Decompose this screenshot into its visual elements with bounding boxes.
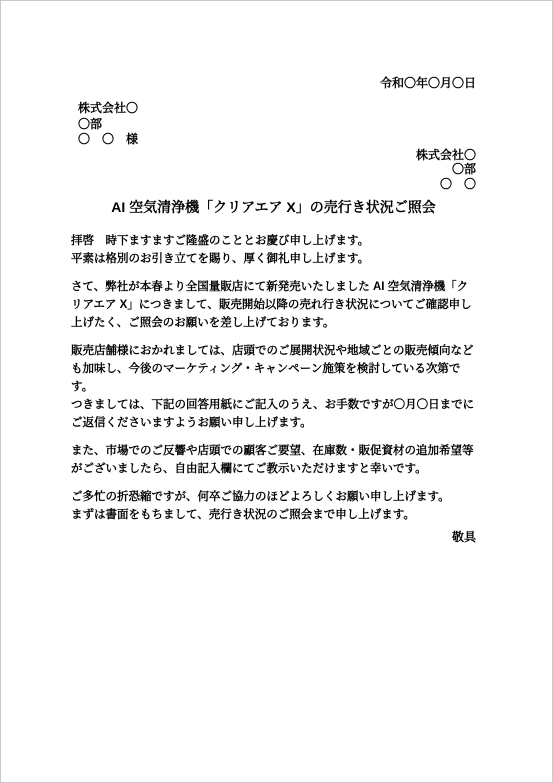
letter-page: 令和〇年〇月〇日 株式会社〇 〇部 〇 〇 様 株式会社〇 〇部 〇 〇 AI … <box>0 0 553 783</box>
letter-title: AI 空気清浄機「クリアエア X」の売行き状況ご照会 <box>71 199 476 215</box>
recipient-person: 〇 〇 様 <box>78 132 476 148</box>
paragraph-line: 拝啓 時下ますますご隆盛のこととお慶び申し上げます。 <box>71 232 476 250</box>
paragraph-line: また、市場でのご反響や店頭での顧客ご要望、在庫数・販促資材の追加希望等がございま… <box>71 442 476 478</box>
paragraph-line: つきましては、下記の回答用紙にご記入のうえ、お手数ですが〇月〇日までにご返信くだ… <box>71 396 476 432</box>
paragraph-product-intro: さて、弊社が本春より全国量販店にて新発売いたしました AI 空気清浄機「クリアエ… <box>71 278 476 332</box>
paragraph-thanks: ご多忙の折恐縮ですが、何卒ご協力のほどよろしくお願い申し上げます。 まずは書面を… <box>71 488 476 524</box>
paragraph-line: 平素は格別のお引き立てを賜り、厚く御礼申し上げます。 <box>71 250 476 268</box>
letter-body: 拝啓 時下ますますご隆盛のこととお慶び申し上げます。 平素は格別のお引き立てを賜… <box>71 232 476 524</box>
paragraph-line: まずは書面をもちまして、売行き状況のご照会まで申し上げます。 <box>71 506 476 524</box>
closing-word: 敬具 <box>71 528 476 546</box>
paragraph-free-entry: また、市場でのご反響や店頭での顧客ご要望、在庫数・販促資材の追加希望等がございま… <box>71 442 476 478</box>
paragraph-line: さて、弊社が本春より全国量販店にて新発売いたしました AI 空気清浄機「クリアエ… <box>71 278 476 332</box>
paragraph-greeting: 拝啓 時下ますますご隆盛のこととお慶び申し上げます。 平素は格別のお引き立てを賜… <box>71 232 476 268</box>
paragraph-line: 販売店舗様におかれましては、店頭でのご展開状況や地域ごとの販売傾向なども加味し、… <box>71 342 476 396</box>
paragraph-request: 販売店舗様におかれましては、店頭でのご展開状況や地域ごとの販売傾向なども加味し、… <box>71 342 476 432</box>
sender-person: 〇 〇 <box>71 177 476 192</box>
recipient-block: 株式会社〇 〇部 〇 〇 様 <box>78 101 476 148</box>
recipient-department: 〇部 <box>78 117 476 133</box>
sender-department: 〇部 <box>71 162 476 177</box>
sender-company: 株式会社〇 <box>71 148 476 163</box>
paragraph-line: ご多忙の折恐縮ですが、何卒ご協力のほどよろしくお願い申し上げます。 <box>71 488 476 506</box>
sender-block: 株式会社〇 〇部 〇 〇 <box>71 148 476 192</box>
date-line: 令和〇年〇月〇日 <box>71 77 476 90</box>
recipient-company: 株式会社〇 <box>78 101 476 117</box>
